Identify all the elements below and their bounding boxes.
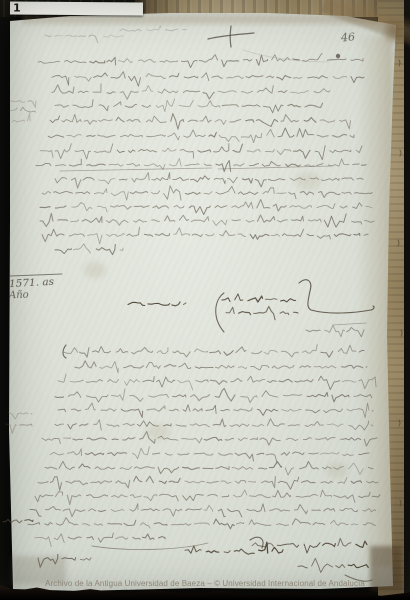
archive-caption: Archivo de la Antigua Universidad de Bae… [0,579,410,589]
photo-vignette [0,0,410,600]
manuscript-photo: 1 46 1571. as Año Archivo de la Antigua … [0,0,410,600]
